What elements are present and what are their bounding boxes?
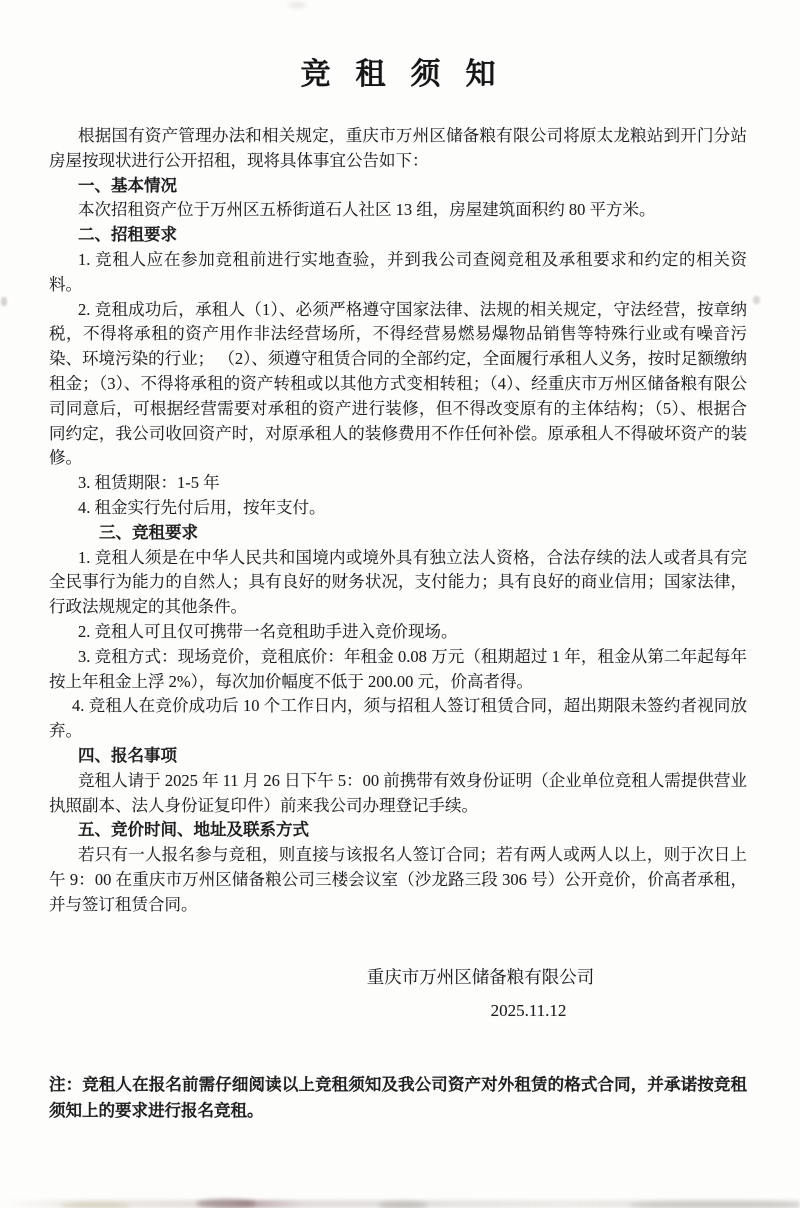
scan-smudge-right-blob	[630, 1201, 800, 1208]
section-3-item-1: 1. 竞租人须是在中华人民共和国境内或境外具有独立法人资格，合法存续的法人或者具…	[49, 546, 747, 620]
signature-date: 2025.11.12	[310, 998, 747, 1023]
document-content: 竞租须知 根据国有资产管理办法和相关规定，重庆市万州区储备粮有限公司将原太龙粮站…	[49, 0, 747, 1141]
section-2-item-3: 3. 租赁期限：1-5 年	[49, 471, 747, 496]
section-3-heading: 三、竞租要求	[49, 521, 747, 546]
scan-speck-left-edge	[1, 297, 7, 306]
section-1-heading: 一、基本情况	[49, 174, 747, 199]
section-5-heading: 五、竞价时间、地址及联系方式	[49, 818, 747, 843]
scanned-document-page: 竞租须知 根据国有资产管理办法和相关规定，重庆市万州区储备粮有限公司将原太龙粮站…	[0, 0, 800, 1208]
section-4-heading: 四、报名事项	[49, 744, 747, 769]
section-2-item-2: 2. 竞租成功后，承租人（1）、必须严格遵守国家法律、法规的相关规定，守法经营，…	[49, 298, 747, 472]
scan-smudge-tan-blob	[60, 1202, 130, 1208]
scan-smudge-bottom-band	[0, 1200, 800, 1208]
section-2-item-4: 4. 租金实行先付后用，按年支付。	[49, 496, 747, 521]
scan-speck-right-edge	[753, 296, 760, 304]
section-2-heading: 二、招租要求	[49, 223, 747, 248]
section-1-body: 本次招租资产位于万州区五桥街道石人社区 13 组，房屋建筑面积约 80 平方米。	[49, 198, 747, 223]
intro-paragraph: 根据国有资产管理办法和相关规定，重庆市万州区储备粮有限公司将原太龙粮站到开门分站…	[49, 124, 747, 174]
section-2-item-1: 1. 竞租人应在参加竞租前进行实地查验，并到我公司查阅竞租及承租要求和约定的相关…	[49, 248, 747, 298]
section-5-body: 若只有一人报名参与竞租，则直接与该报名人签订合同；若有两人或两人以上，则于次日上…	[49, 843, 747, 917]
footer-note: 注：竞租人在报名前需仔细阅读以上竞租须知及我公司资产对外租赁的格式合同，并承诺按…	[49, 1072, 747, 1125]
section-3-item-2: 2. 竞租人可且仅可携带一名竞租助手进入竞价现场。	[49, 620, 747, 645]
signature-company: 重庆市万州区储备粮有限公司	[214, 965, 747, 990]
scan-smudge-dark-blob	[196, 1199, 256, 1208]
document-title: 竞租须知	[49, 57, 747, 93]
section-3-item-4: 4. 竞租人在竞价成功后 10 个工作日内，须与招租人签订租赁合同，超出期限未签…	[49, 694, 747, 744]
section-4-body: 竞租人请于 2025 年 11 月 26 日下午 5：00 前携带有效身份证明（…	[49, 769, 747, 819]
signature-block: 重庆市万州区储备粮有限公司 2025.11.12	[214, 965, 747, 1023]
scan-smudge-gray-blob	[378, 1201, 428, 1208]
section-3-item-3: 3. 竞租方式：现场竞价，竞租底价：年租金 0.08 万元（租期超过 1 年，租…	[49, 645, 747, 695]
